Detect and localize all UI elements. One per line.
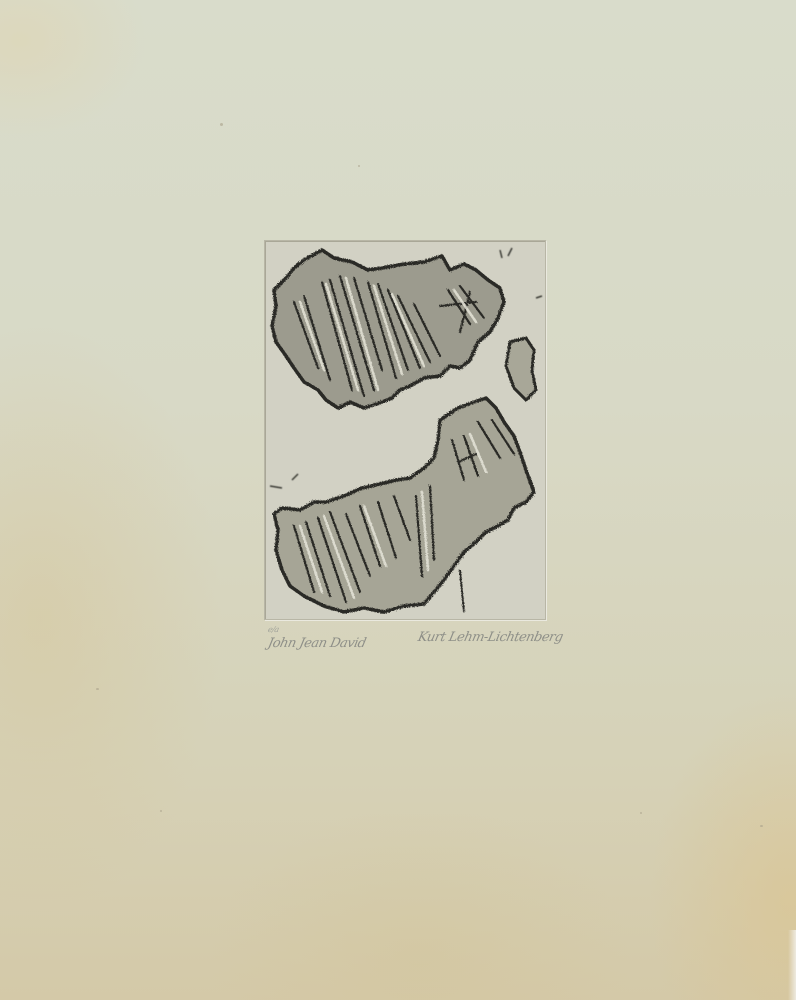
title-inscription: John Jean David bbox=[266, 636, 367, 651]
etching-image bbox=[264, 240, 546, 620]
small-fragment bbox=[506, 338, 536, 400]
foxing-spot bbox=[760, 825, 763, 827]
artist-signature: Kurt Lehm-Lichtenberg bbox=[416, 630, 564, 645]
foxing-spot bbox=[220, 123, 223, 126]
paper-edge bbox=[788, 930, 796, 1000]
paper-sheet: e/a John Jean David Kurt Lehm-Lichtenber… bbox=[0, 0, 796, 1000]
foxing-spot bbox=[160, 810, 162, 812]
foxing-spot bbox=[358, 165, 360, 167]
foxing-spot bbox=[640, 812, 642, 814]
foxing-spot bbox=[96, 688, 99, 690]
etching-plate bbox=[264, 240, 546, 620]
edition-mark: e/a bbox=[267, 625, 280, 634]
lower-form bbox=[274, 398, 534, 612]
upper-form bbox=[272, 250, 504, 408]
